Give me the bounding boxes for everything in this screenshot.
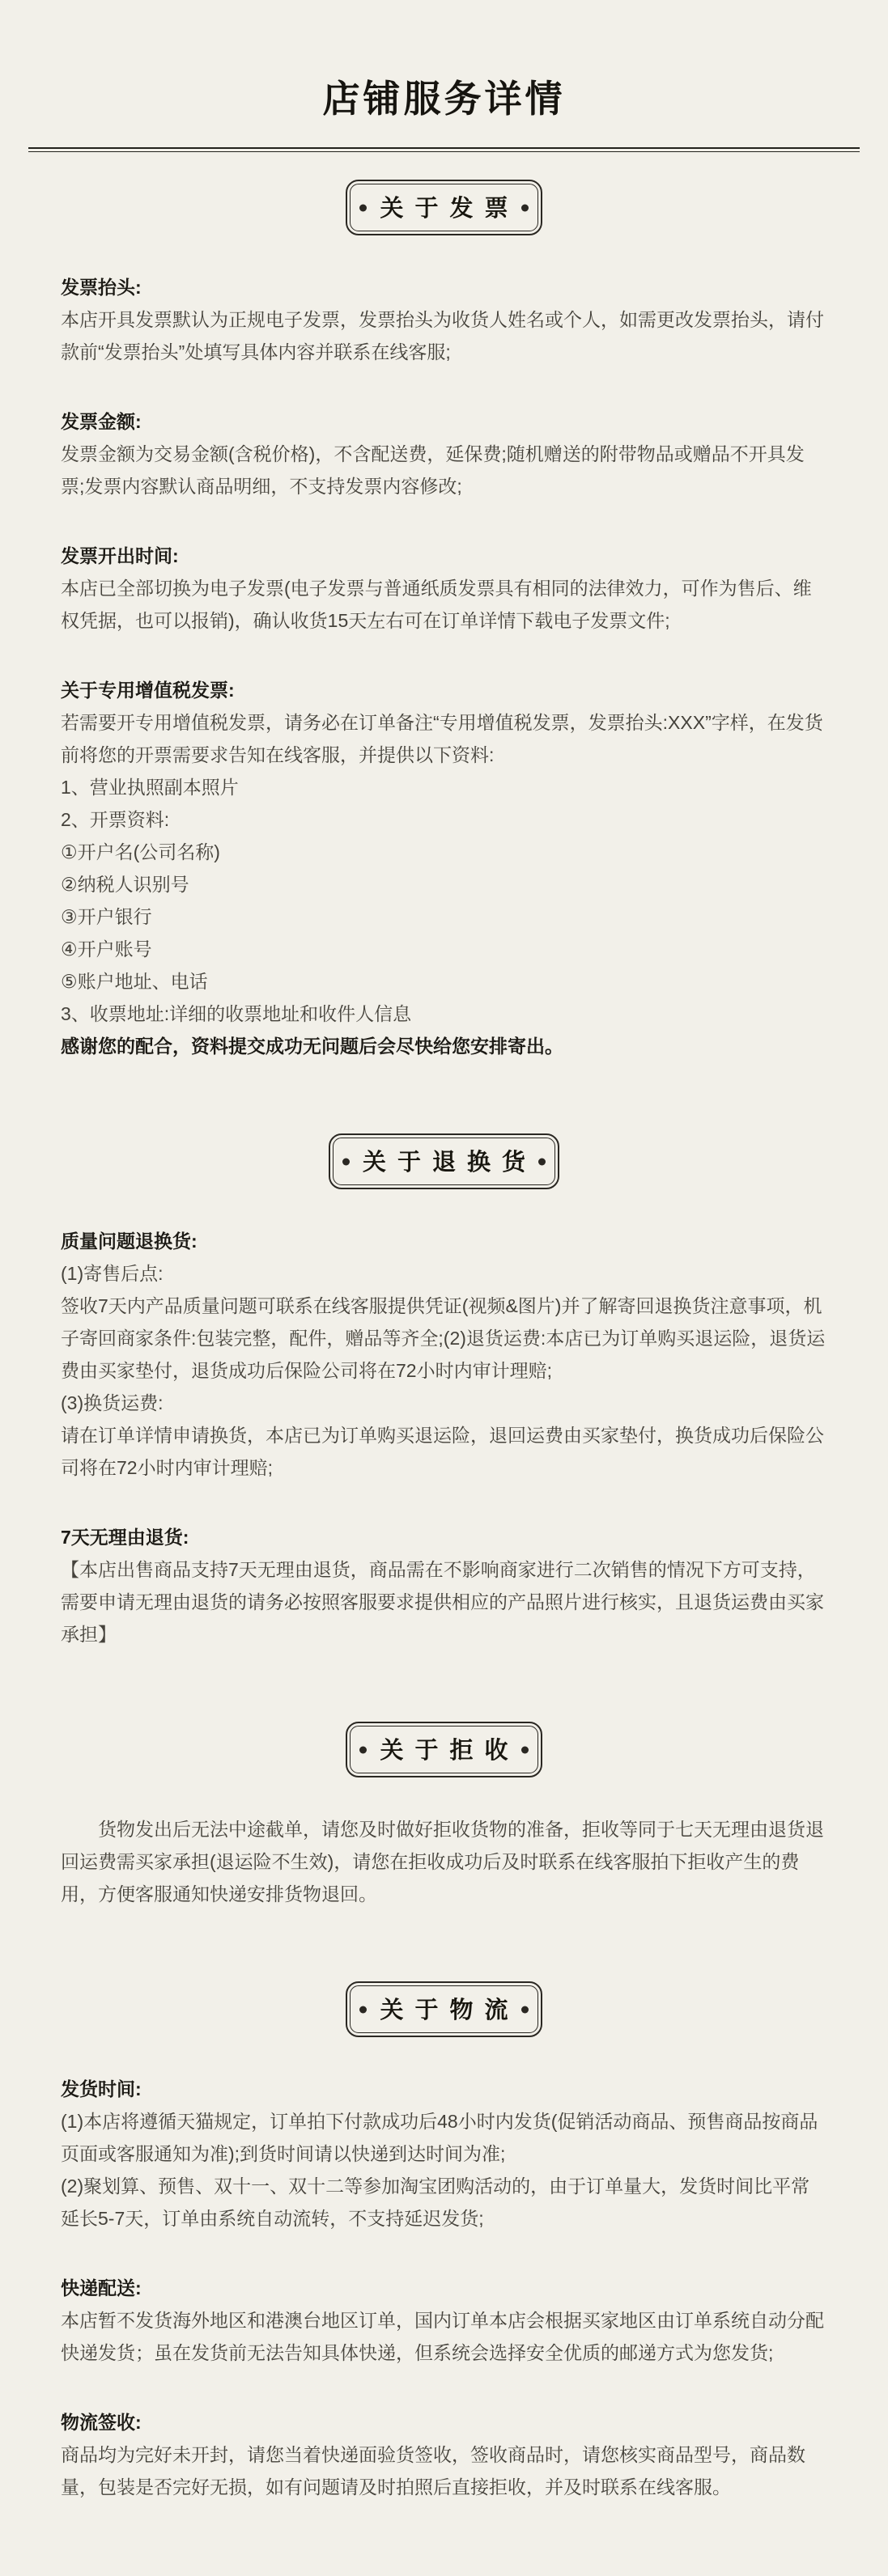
block-heading: 发货时间: bbox=[61, 2073, 827, 2105]
section-badge-label: 关于拒收 bbox=[380, 1738, 519, 1764]
list-item: ③开户银行 bbox=[61, 900, 827, 933]
section-badge-invoice: 关于发票 bbox=[346, 180, 542, 235]
section-badge-returns: 关于退换货 bbox=[329, 1133, 559, 1189]
list-item: ②纳税人识别号 bbox=[61, 868, 827, 900]
block-no-reason-return: 7天无理由退货: 【本店出售商品支持7天无理由退货，商品需在不影响商家进行二次销… bbox=[61, 1521, 827, 1650]
section-badge-label: 关于退换货 bbox=[363, 1150, 537, 1176]
section-invoice: 关于发票 发票抬头: 本店开具发票默认为正规电子发票，发票抬头为收货人姓名或个人… bbox=[61, 180, 827, 1062]
paragraph: 发票金额为交易金额(含税价格)，不含配送费，延保费;随机赠送的附带物品或赠品不开… bbox=[61, 438, 827, 502]
section-badge-invoice-frame: 关于发票 bbox=[350, 184, 537, 231]
block-heading: 发票抬头: bbox=[61, 271, 827, 303]
section-badge-label: 关于物流 bbox=[380, 1998, 519, 2023]
section-badge-logistics-frame: 关于物流 bbox=[350, 1985, 537, 2033]
block-invoice-amount: 发票金额: 发票金额为交易金额(含税价格)，不含配送费，延保费;随机赠送的附带物… bbox=[61, 405, 827, 502]
block-express-delivery: 快递配送: 本店暂不发货海外地区和港澳台地区订单，国内订单本店会根据买家地区由订… bbox=[61, 2272, 827, 2369]
ornament-dot-icon bbox=[342, 1158, 350, 1165]
section-returns: 关于退换货 质量问题退换货: (1)寄售后点: 签收7天内产品质量问题可联系在线… bbox=[61, 1133, 827, 1650]
list-item: 1、营业执照副本照片 bbox=[61, 771, 827, 803]
list-item: ①开户名(公司名称) bbox=[61, 836, 827, 868]
section-badge-label: 关于发票 bbox=[380, 196, 519, 222]
block-invoice-title: 发票抬头: 本店开具发票默认为正规电子发票，发票抬头为收货人姓名或个人，如需更改… bbox=[61, 271, 827, 368]
block-heading: 物流签收: bbox=[61, 2406, 827, 2438]
paragraph: 签收7天内产品质量问题可联系在线客服提供凭证(视频&图片)并了解寄回退换货注意事… bbox=[61, 1290, 827, 1387]
store-service-detail-page: 店铺服务详情 关于发票 发票抬头: 本店开具发票默认为正规电子发票，发票抬头为收… bbox=[0, 0, 888, 2576]
paragraph: (2)聚划算、预售、双十一、双十二等参加淘宝团购活动的，由于订单量大，发货时间比… bbox=[61, 2170, 827, 2235]
badge-wrap-returns: 关于退换货 bbox=[61, 1133, 827, 1189]
title-divider bbox=[28, 147, 860, 152]
paragraph: 若需要开专用增值税发票，请务必在订单备注“专用增值税发票，发票抬头:XXX”字样… bbox=[61, 706, 827, 771]
badge-wrap-rejection: 关于拒收 bbox=[61, 1722, 827, 1777]
block-heading: 发票金额: bbox=[61, 405, 827, 438]
section-rejection: 关于拒收 货物发出后无法中途截单，请您及时做好拒收货物的准备，拒收等同于七天无理… bbox=[61, 1722, 827, 1910]
block-rejection-policy: 货物发出后无法中途截单，请您及时做好拒收货物的准备，拒收等同于七天无理由退货退回… bbox=[61, 1813, 827, 1910]
section-badge-rejection-frame: 关于拒收 bbox=[350, 1726, 537, 1773]
ornament-dot-icon bbox=[521, 204, 529, 211]
paragraph: 本店开具发票默认为正规电子发票，发票抬头为收货人姓名或个人，如需更改发票抬头，请… bbox=[61, 303, 827, 368]
ornament-dot-icon bbox=[538, 1158, 546, 1165]
paragraph: 商品均为完好未开封，请您当着快递面验货签收，签收商品时，请您核实商品型号，商品数… bbox=[61, 2438, 827, 2503]
ornament-dot-icon bbox=[359, 2006, 367, 2013]
ornament-dot-icon bbox=[521, 2006, 529, 2013]
block-quality-returns: 质量问题退换货: (1)寄售后点: 签收7天内产品质量问题可联系在线客服提供凭证… bbox=[61, 1225, 827, 1484]
section-badge-logistics: 关于物流 bbox=[346, 1981, 542, 2037]
list-item: ⑤账户地址、电话 bbox=[61, 965, 827, 998]
section-badge-rejection: 关于拒收 bbox=[346, 1722, 542, 1777]
badge-wrap-logistics: 关于物流 bbox=[61, 1981, 827, 2037]
ornament-dot-icon bbox=[359, 204, 367, 211]
block-heading: 质量问题退换货: bbox=[61, 1225, 827, 1257]
ornament-dot-icon bbox=[521, 1746, 529, 1753]
block-vat-invoice: 关于专用增值税发票: 若需要开专用增值税发票，请务必在订单备注“专用增值税发票，… bbox=[61, 674, 827, 1062]
block-heading: 快递配送: bbox=[61, 2272, 827, 2304]
list-item: 3、收票地址:详细的收票地址和收件人信息 bbox=[61, 998, 827, 1030]
paragraph: 本店已全部切换为电子发票(电子发票与普通纸质发票具有相同的法律效力，可作为售后、… bbox=[61, 572, 827, 637]
list-item: 2、开票资料: bbox=[61, 803, 827, 836]
paragraph: (3)换货运费: bbox=[61, 1387, 827, 1419]
block-invoice-issue-time: 发票开出时间: 本店已全部切换为电子发票(电子发票与普通纸质发票具有相同的法律效… bbox=[61, 540, 827, 637]
page-title: 店铺服务详情 bbox=[61, 70, 827, 123]
block-ship-time: 发货时间: (1)本店将遵循天猫规定，订单拍下付款成功后48小时内发货(促销活动… bbox=[61, 2073, 827, 2235]
block-sign-receipt: 物流签收: 商品均为完好未开封，请您当着快递面验货签收，签收商品时，请您核实商品… bbox=[61, 2406, 827, 2503]
block-heading: 发票开出时间: bbox=[61, 540, 827, 572]
paragraph: (1)本店将遵循天猫规定，订单拍下付款成功后48小时内发货(促销活动商品、预售商… bbox=[61, 2105, 827, 2170]
paragraph: 【本店出售商品支持7天无理由退货，商品需在不影响商家进行二次销售的情况下方可支持… bbox=[61, 1553, 827, 1650]
paragraph: 货物发出后无法中途截单，请您及时做好拒收货物的准备，拒收等同于七天无理由退货退回… bbox=[61, 1813, 827, 1910]
section-logistics: 关于物流 发货时间: (1)本店将遵循天猫规定，订单拍下付款成功后48小时内发货… bbox=[61, 1981, 827, 2503]
thanks-note: 感谢您的配合，资料提交成功无问题后会尽快给您安排寄出。 bbox=[61, 1030, 827, 1062]
block-heading: 7天无理由退货: bbox=[61, 1521, 827, 1553]
list-item: ④开户账号 bbox=[61, 933, 827, 965]
block-heading: 关于专用增值税发票: bbox=[61, 674, 827, 706]
paragraph: (1)寄售后点: bbox=[61, 1257, 827, 1290]
badge-wrap-invoice: 关于发票 bbox=[61, 180, 827, 235]
section-badge-returns-frame: 关于退换货 bbox=[333, 1138, 555, 1185]
paragraph: 本店暂不发货海外地区和港澳台地区订单，国内订单本店会根据买家地区由订单系统自动分… bbox=[61, 2304, 827, 2369]
ornament-dot-icon bbox=[359, 1746, 367, 1753]
paragraph: 请在订单详情申请换货，本店已为订单购买退运险，退回运费由买家垫付，换货成功后保险… bbox=[61, 1419, 827, 1484]
